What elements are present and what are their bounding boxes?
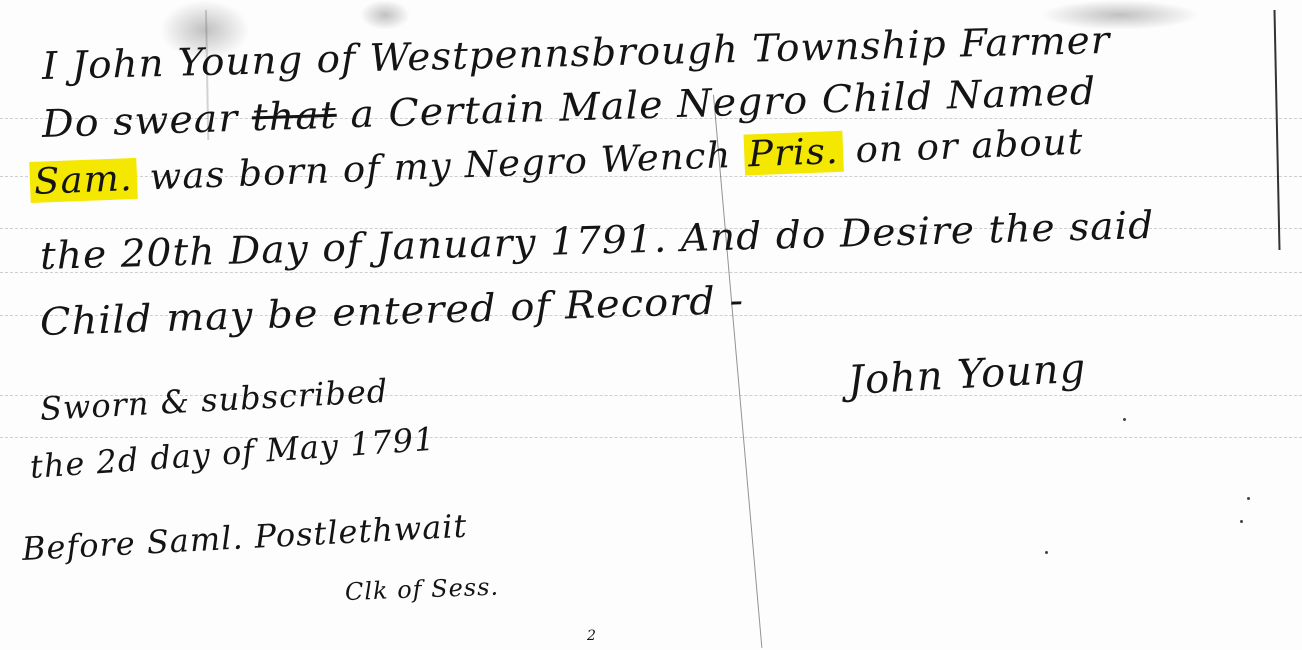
struck-word: that (251, 93, 337, 140)
line-text: Child may be entered of Record - (39, 278, 744, 344)
line-text: the 20th Day of January 1791. And do Des… (39, 203, 1154, 278)
page-edge-line (1273, 10, 1280, 250)
line-text: was born of my Negro Wench (136, 135, 745, 199)
line-text: Do swear (41, 95, 252, 146)
document-line-5: Child may be entered of Record - (39, 278, 744, 344)
document-line-4: the 20th Day of January 1791. And do Des… (39, 203, 1154, 278)
jurat-text: Sworn & subscribed (39, 372, 389, 428)
smudge-mark (360, 0, 410, 30)
highlighted-name-pris: Pris. (743, 131, 843, 176)
line-text: on or about (842, 122, 1084, 172)
jurat-line-2: the 2d day of May 1791 (29, 420, 437, 486)
clerk-title: Clk of Sess. (345, 573, 500, 606)
ink-speck (1045, 551, 1048, 554)
ink-speck (1123, 418, 1126, 421)
jurat-text: Before Saml. Postlethwait (21, 507, 468, 568)
page-mark: 2 (587, 628, 597, 644)
clerk-title-text: Clk of Sess. (345, 573, 500, 606)
ink-speck (1240, 520, 1243, 523)
highlighted-name-sam: Sam. (29, 158, 137, 203)
jurat-text: the 2d day of May 1791 (29, 420, 437, 486)
ink-speck (1247, 497, 1250, 500)
fold-line (713, 95, 762, 648)
page-mark-text: 2 (587, 628, 597, 644)
scanned-document-page: I John Young of Westpennsbrough Township… (0, 0, 1302, 650)
jurat-line-3: Before Saml. Postlethwait (21, 507, 468, 568)
jurat-line-1: Sworn & subscribed (39, 372, 389, 428)
